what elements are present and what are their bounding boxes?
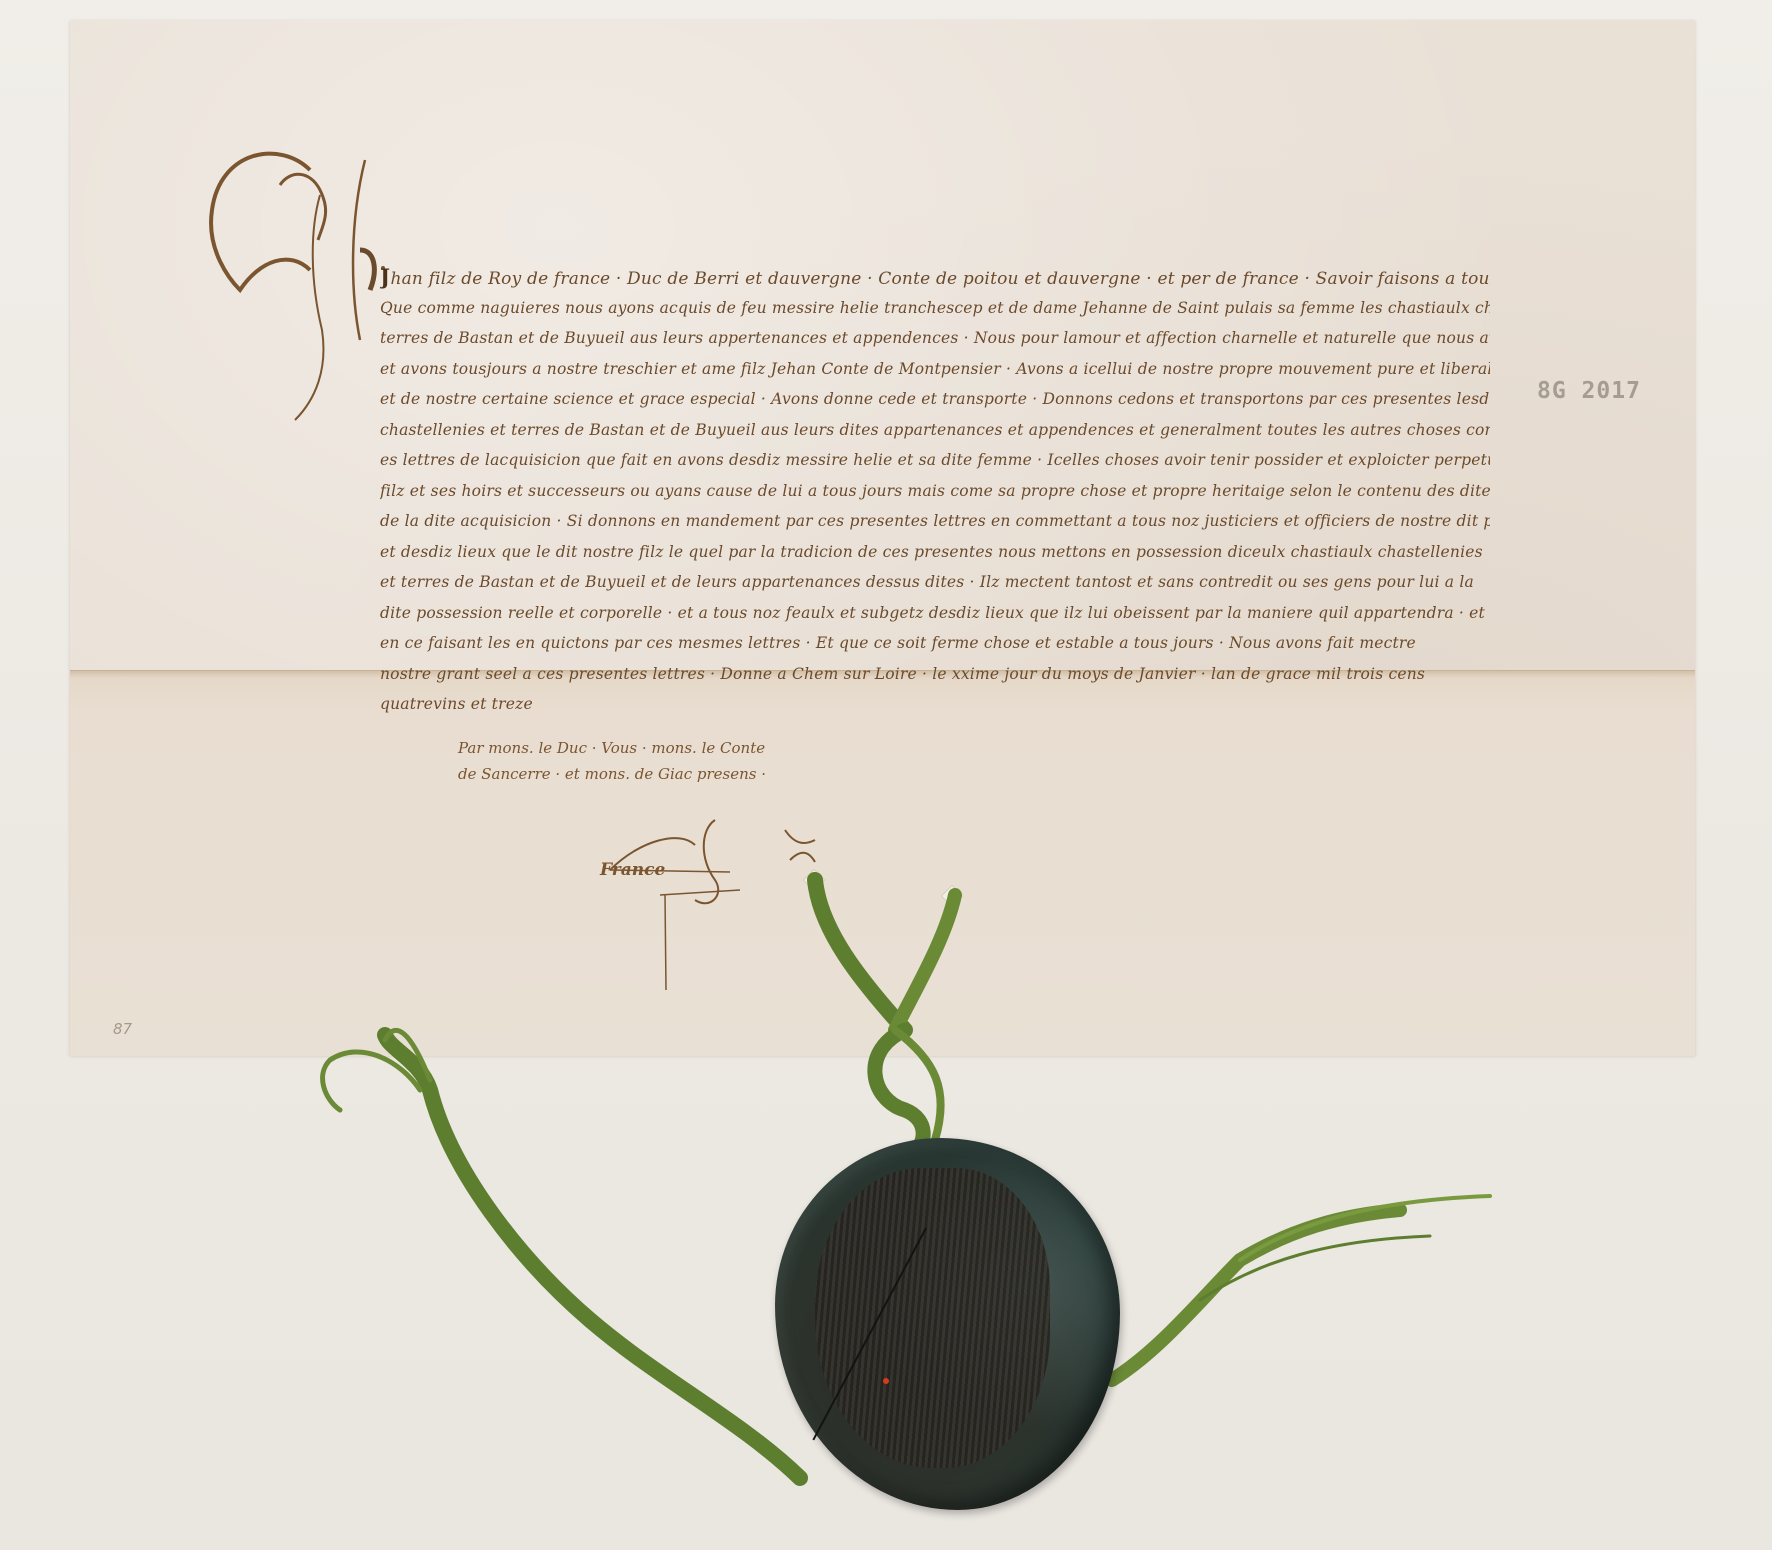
- seal-impression: [815, 1168, 1050, 1468]
- seal-red-mark: [883, 1378, 889, 1384]
